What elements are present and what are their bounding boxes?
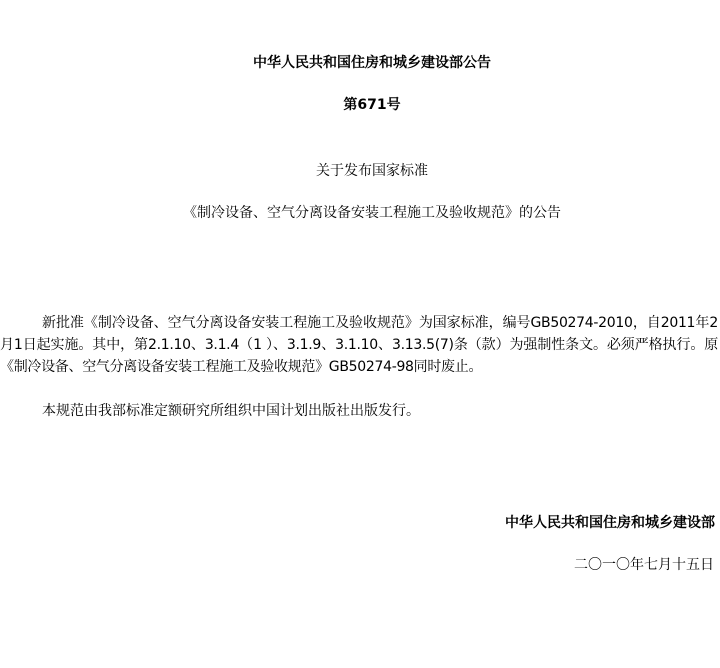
signature-date: 二〇一〇年七月十五日 [574, 554, 714, 574]
announcement-title: 中华人民共和国住房和城乡建设部公告 [0, 52, 720, 72]
body-paragraph-1: 新批准《制冷设备、空气分离设备安装工程施工及验收规范》为国家标准，编号GB502… [0, 312, 718, 378]
announcement-number: 第671号 [0, 94, 720, 114]
body-paragraph-2: 本规范由我部标准定额研究所组织中国计划出版社出版发行。 [0, 400, 718, 422]
subject-line-1: 关于发布国家标准 [0, 160, 720, 180]
subject-line-2: 《制冷设备、空气分离设备安装工程施工及验收规范》的公告 [0, 202, 720, 222]
signature-organization: 中华人民共和国住房和城乡建设部 [505, 512, 715, 532]
